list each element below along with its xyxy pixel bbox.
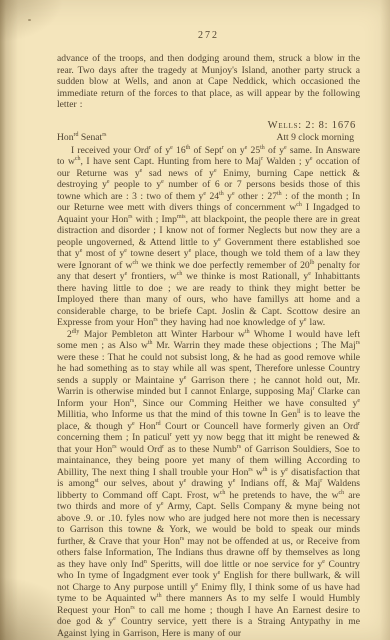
page-number: 272 [57,30,360,41]
letter-time: Att 9 clock morning [276,132,354,144]
letter-salutation: Honrd Senatrs [57,132,107,144]
book-page: 272 advance of the troops, and then dodg… [0,0,390,640]
letter-dateline: Wells: 2: 8: 1676 [57,120,360,132]
text-column: 272 advance of the troops, and then dodg… [57,18,360,639]
letter-paragraph: 2dly Major Pembleton att Winter Harbour … [57,329,360,640]
letter-paragraph: I received your Ordr of ye 16th of Septr… [57,145,360,329]
ink-speck [28,19,31,21]
intro-paragraph: advance of the troops, and then dodging … [57,53,360,111]
letter-salutation-row: Honrd Senatrs Att 9 clock morning [57,132,360,144]
